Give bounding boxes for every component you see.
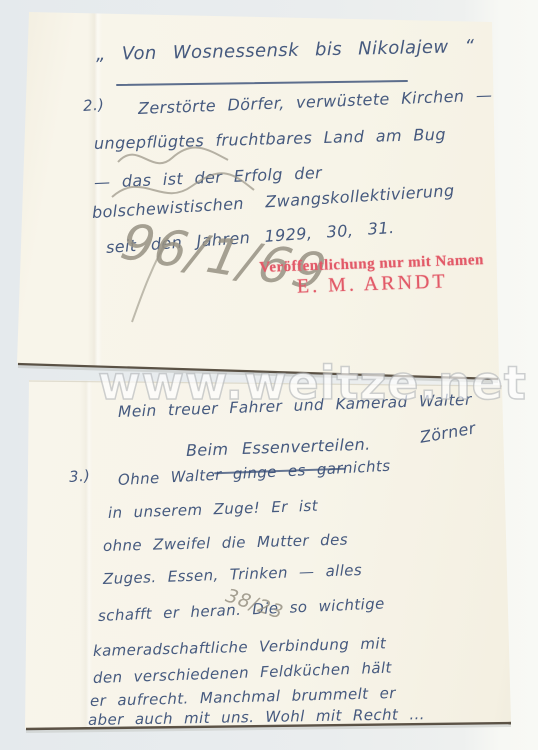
item-number-2: 2.) <box>82 96 105 115</box>
caption-line: in unserem Zuge! Er ist <box>108 497 319 522</box>
title-underline <box>116 80 408 86</box>
caption-line: ohne Zweifel die Mutter des <box>103 531 348 555</box>
caption-line: ungepflügtes fruchtbares Land am Bug <box>94 125 446 153</box>
caption-line: Ohne Walter ginge es garnichts <box>118 457 391 489</box>
publication-stamp: Veröffentlichung nur mit Namen E. M. ARN… <box>257 252 486 300</box>
dedication-line: Beim Essenverteilen. <box>186 435 371 460</box>
caption-line: kameradschaftliche Verbindung mit <box>93 634 387 660</box>
item-number-3: 3.) <box>68 467 91 486</box>
watermark: www.weitze.net <box>98 356 527 410</box>
caption-line: Zerstörte Dörfer, verwüstete Kirchen — <box>138 85 493 118</box>
caption-title: „ Von Wosnessensk bis Nikolajew “ <box>96 36 475 65</box>
photo-listing-scan: „ Von Wosnessensk bis Nikolajew “ 2.) Ze… <box>0 0 538 750</box>
dedication-name: Zörner <box>418 418 477 446</box>
caption-line: — das ist der Erfolg der <box>94 163 323 192</box>
caption-line: den verschiedenen Feldküchen hält <box>93 659 392 687</box>
caption-line: Zuges. Essen, Trinken — alles <box>103 561 363 588</box>
paper-crease <box>80 380 92 730</box>
